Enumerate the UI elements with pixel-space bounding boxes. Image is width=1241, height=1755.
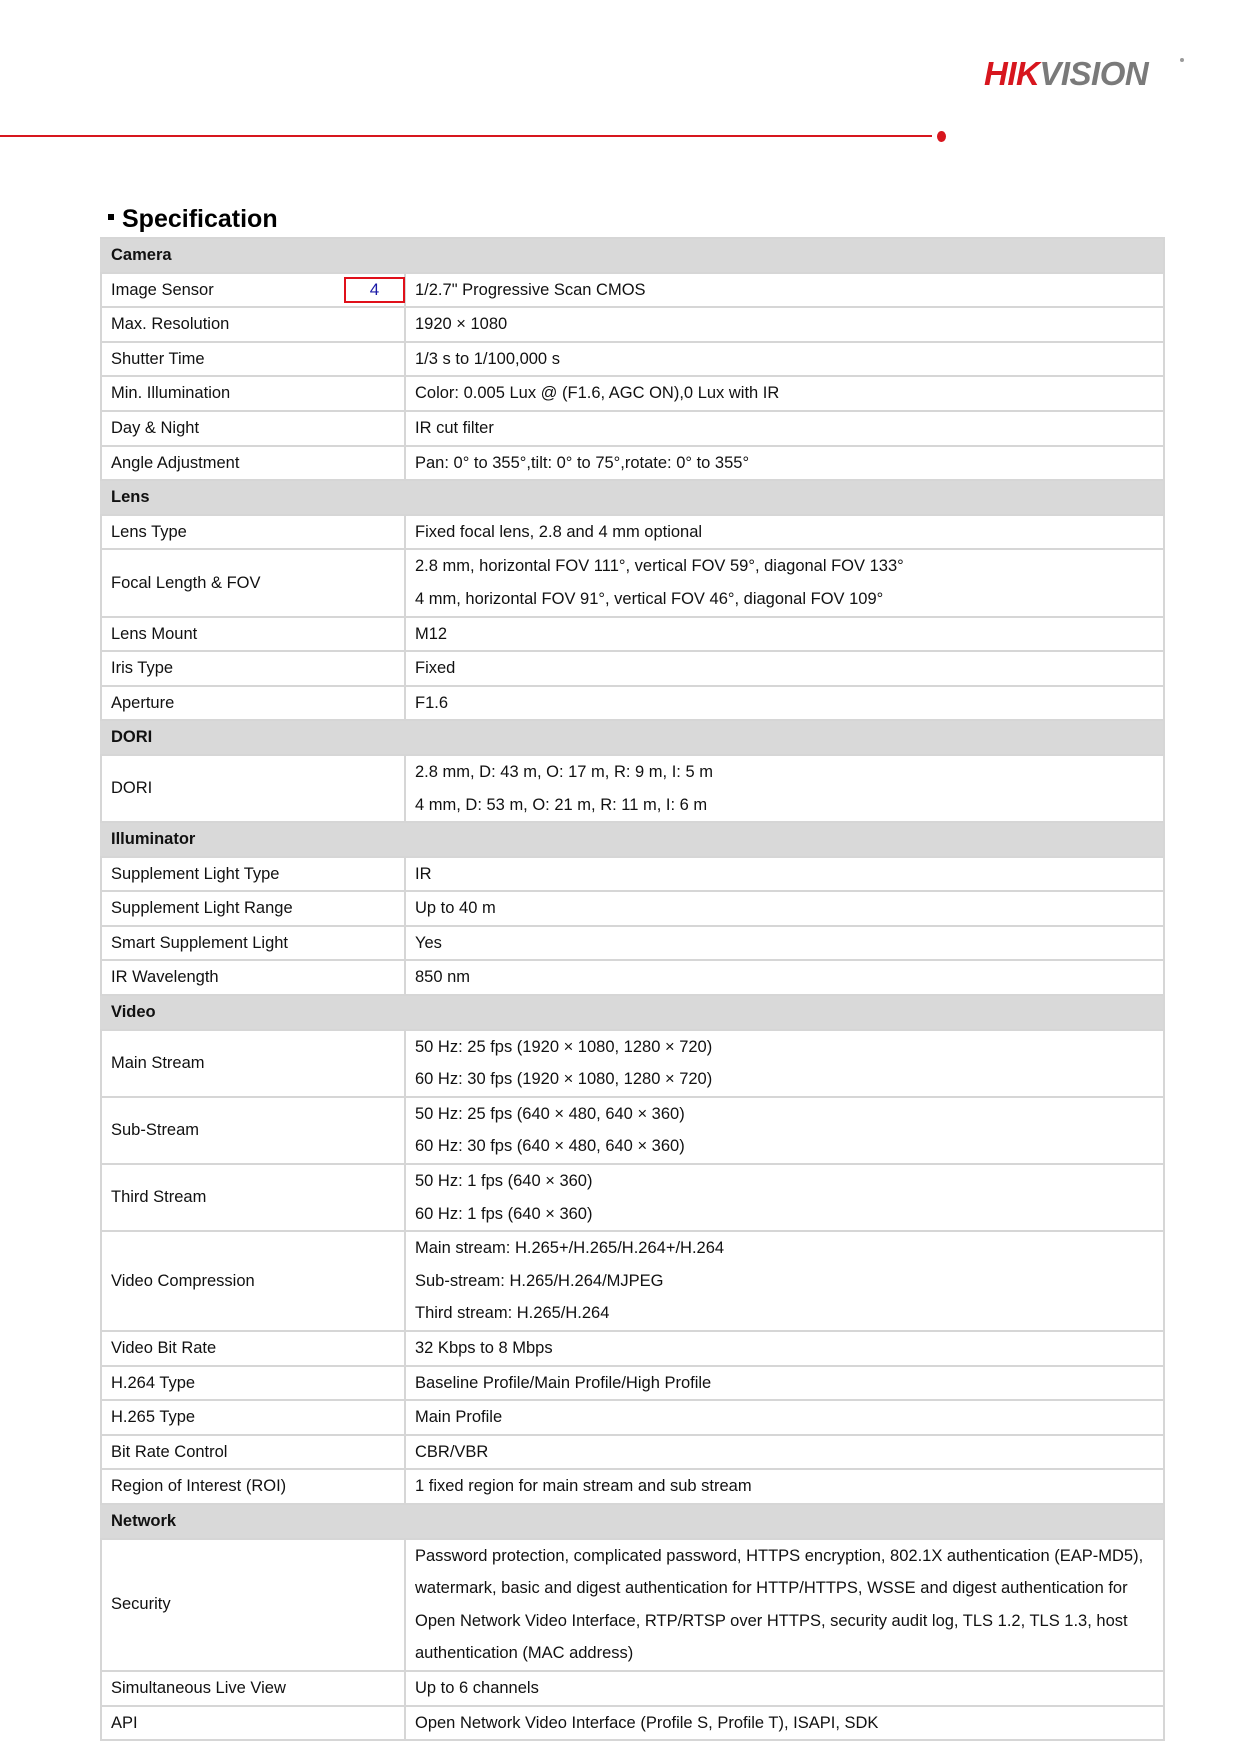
spec-value-cell: Fixed [405, 651, 1164, 686]
spec-label: Simultaneous Live View [111, 1679, 286, 1697]
spec-value: 60 Hz: 30 fps (640 × 480, 640 × 360) [415, 1130, 1163, 1163]
spec-value: 32 Kbps to 8 Mbps [415, 1332, 1163, 1365]
spec-value-cell: 50 Hz: 25 fps (640 × 480, 640 × 360)60 H… [405, 1097, 1164, 1164]
spec-label: Sub-Stream [111, 1121, 199, 1139]
spec-value-cell: 50 Hz: 1 fps (640 × 360)60 Hz: 1 fps (64… [405, 1164, 1164, 1231]
spec-label: Video Compression [111, 1272, 255, 1290]
section-header-row: Video [101, 995, 1164, 1030]
table-row: Smart Supplement LightYes [101, 926, 1164, 961]
spec-value: 60 Hz: 1 fps (640 × 360) [415, 1198, 1163, 1231]
spec-label-cell: Angle Adjustment [101, 446, 405, 481]
spec-label: Day & Night [111, 419, 199, 437]
table-row: Shutter Time1/3 s to 1/100,000 s [101, 342, 1164, 377]
table-row: Bit Rate ControlCBR/VBR [101, 1435, 1164, 1470]
spec-label: Shutter Time [111, 350, 205, 368]
spec-label-cell: Min. Illumination [101, 376, 405, 411]
spec-value-cell: Up to 6 channels [405, 1671, 1164, 1706]
spec-value-cell: Yes [405, 926, 1164, 961]
spec-label: Lens Type [111, 523, 187, 541]
specification-table: CameraImage Sensor41/2.7" Progressive Sc… [100, 237, 1165, 1741]
table-row: Image Sensor41/2.7" Progressive Scan CMO… [101, 273, 1164, 308]
spec-label-cell: Shutter Time [101, 342, 405, 377]
hikvision-logo: HIKVISION [984, 56, 1148, 92]
table-row: Min. IlluminationColor: 0.005 Lux @ (F1.… [101, 376, 1164, 411]
section-header: Video [101, 995, 1164, 1030]
spec-label-cell: Focal Length & FOV [101, 549, 405, 616]
spec-label-cell: Iris Type [101, 651, 405, 686]
spec-label-cell: IR Wavelength [101, 960, 405, 995]
spec-label-cell: Security [101, 1539, 405, 1671]
spec-value: Fixed [415, 652, 1163, 685]
spec-label-cell: H.264 Type [101, 1366, 405, 1401]
spec-value: Up to 6 channels [415, 1672, 1163, 1705]
spec-value-cell: Fixed focal lens, 2.8 and 4 mm optional [405, 515, 1164, 550]
section-header: Network [101, 1504, 1164, 1539]
spec-value-cell: 32 Kbps to 8 Mbps [405, 1331, 1164, 1366]
table-row: Lens MountM12 [101, 617, 1164, 652]
spec-value: 50 Hz: 1 fps (640 × 360) [415, 1165, 1163, 1198]
spec-value: Pan: 0° to 355°,tilt: 0° to 75°,rotate: … [415, 447, 1163, 480]
spec-label: Bit Rate Control [111, 1443, 227, 1461]
section-header-row: Lens [101, 480, 1164, 515]
spec-value: 60 Hz: 30 fps (1920 × 1080, 1280 × 720) [415, 1063, 1163, 1096]
spec-label-cell: Day & Night [101, 411, 405, 446]
spec-label: Security [111, 1595, 171, 1613]
table-row: Focal Length & FOV2.8 mm, horizontal FOV… [101, 549, 1164, 616]
spec-value: Color: 0.005 Lux @ (F1.6, AGC ON),0 Lux … [415, 377, 1163, 410]
header-divider-dot-icon [937, 131, 946, 142]
spec-value: Main stream: H.265+/H.265/H.264+/H.264 [415, 1232, 1163, 1265]
spec-label-cell: Region of Interest (ROI) [101, 1469, 405, 1504]
spec-value-cell: Baseline Profile/Main Profile/High Profi… [405, 1366, 1164, 1401]
table-row: Lens TypeFixed focal lens, 2.8 and 4 mm … [101, 515, 1164, 550]
logo-text-hik: HIK [984, 55, 1039, 92]
spec-value-cell: 2.8 mm, horizontal FOV 111°, vertical FO… [405, 549, 1164, 616]
section-header: DORI [101, 720, 1164, 755]
table-row: Region of Interest (ROI)1 fixed region f… [101, 1469, 1164, 1504]
spec-label: Supplement Light Type [111, 865, 279, 883]
table-row: Max. Resolution1920 × 1080 [101, 307, 1164, 342]
spec-label: Max. Resolution [111, 315, 229, 333]
spec-label-cell: Aperture [101, 686, 405, 721]
spec-label-cell: Smart Supplement Light [101, 926, 405, 961]
spec-value-cell: Main stream: H.265+/H.265/H.264+/H.264Su… [405, 1231, 1164, 1331]
spec-value: 1/2.7" Progressive Scan CMOS [415, 274, 1163, 307]
spec-value: Baseline Profile/Main Profile/High Profi… [415, 1367, 1163, 1400]
spec-label: H.265 Type [111, 1408, 195, 1426]
spec-value-cell: M12 [405, 617, 1164, 652]
section-header-row: DORI [101, 720, 1164, 755]
header-divider-line [0, 135, 932, 137]
spec-value: Open Network Video Interface (Profile S,… [415, 1707, 1163, 1740]
spec-label: DORI [111, 779, 152, 797]
spec-label: H.264 Type [111, 1374, 195, 1392]
spec-label: Iris Type [111, 659, 173, 677]
page-title: Specification [108, 202, 278, 236]
spec-value-cell: 1/2.7" Progressive Scan CMOS [405, 273, 1164, 308]
spec-label: Image Sensor [111, 281, 214, 299]
spec-label: Angle Adjustment [111, 454, 239, 472]
spec-label: Lens Mount [111, 625, 197, 643]
spec-value: 1920 × 1080 [415, 308, 1163, 341]
spec-value: Sub-stream: H.265/H.264/MJPEG [415, 1265, 1163, 1298]
spec-label-cell: Image Sensor4 [101, 273, 405, 308]
spec-value-cell: 1 fixed region for main stream and sub s… [405, 1469, 1164, 1504]
table-row: H.265 TypeMain Profile [101, 1400, 1164, 1435]
spec-value: Main Profile [415, 1401, 1163, 1434]
spec-value: 2.8 mm, D: 43 m, O: 17 m, R: 9 m, I: 5 m [415, 756, 1163, 789]
spec-label: Min. Illumination [111, 384, 230, 402]
spec-value: IR cut filter [415, 412, 1163, 445]
square-bullet-icon [108, 214, 114, 220]
spec-label: Aperture [111, 694, 174, 712]
spec-value-cell: Main Profile [405, 1400, 1164, 1435]
spec-label-cell: Video Compression [101, 1231, 405, 1331]
spec-label: IR Wavelength [111, 968, 219, 986]
spec-label-cell: API [101, 1706, 405, 1741]
spec-value: 50 Hz: 25 fps (640 × 480, 640 × 360) [415, 1098, 1163, 1131]
spec-value: F1.6 [415, 687, 1163, 720]
spec-value: 50 Hz: 25 fps (1920 × 1080, 1280 × 720) [415, 1031, 1163, 1064]
spec-label: Smart Supplement Light [111, 934, 288, 952]
spec-value-cell: 1/3 s to 1/100,000 s [405, 342, 1164, 377]
spec-value: 1 fixed region for main stream and sub s… [415, 1470, 1163, 1503]
spec-value-cell: Pan: 0° to 355°,tilt: 0° to 75°,rotate: … [405, 446, 1164, 481]
table-row: Day & NightIR cut filter [101, 411, 1164, 446]
table-row: Supplement Light RangeUp to 40 m [101, 891, 1164, 926]
table-row: Simultaneous Live ViewUp to 6 channels [101, 1671, 1164, 1706]
spec-label: Video Bit Rate [111, 1339, 216, 1357]
spec-label: Focal Length & FOV [111, 574, 261, 592]
section-header: Lens [101, 480, 1164, 515]
spec-value: 850 nm [415, 961, 1163, 994]
spec-value-cell: IR [405, 857, 1164, 892]
spec-value: Fixed focal lens, 2.8 and 4 mm optional [415, 516, 1163, 549]
table-row: H.264 TypeBaseline Profile/Main Profile/… [101, 1366, 1164, 1401]
spec-label-cell: Sub-Stream [101, 1097, 405, 1164]
spec-label-cell: Bit Rate Control [101, 1435, 405, 1470]
spec-label-cell: Lens Type [101, 515, 405, 550]
spec-label: Third Stream [111, 1188, 206, 1206]
spec-value: Password protection, complicated passwor… [415, 1540, 1163, 1670]
section-header: Illuminator [101, 822, 1164, 857]
spec-label-cell: Simultaneous Live View [101, 1671, 405, 1706]
spec-label: Supplement Light Range [111, 899, 293, 917]
spec-label-cell: Video Bit Rate [101, 1331, 405, 1366]
spec-label: Region of Interest (ROI) [111, 1477, 286, 1495]
spec-value: CBR/VBR [415, 1436, 1163, 1469]
spec-value-cell: 850 nm [405, 960, 1164, 995]
spec-label-cell: Supplement Light Range [101, 891, 405, 926]
spec-label-cell: DORI [101, 755, 405, 822]
table-row: Video Bit Rate32 Kbps to 8 Mbps [101, 1331, 1164, 1366]
section-header-row: Illuminator [101, 822, 1164, 857]
section-header: Camera [101, 238, 1164, 273]
table-row: SecurityPassword protection, complicated… [101, 1539, 1164, 1671]
table-row: Third Stream50 Hz: 1 fps (640 × 360)60 H… [101, 1164, 1164, 1231]
table-row: Video CompressionMain stream: H.265+/H.2… [101, 1231, 1164, 1331]
spec-value-cell: Open Network Video Interface (Profile S,… [405, 1706, 1164, 1741]
spec-value: Up to 40 m [415, 892, 1163, 925]
spec-value-cell: 50 Hz: 25 fps (1920 × 1080, 1280 × 720)6… [405, 1030, 1164, 1097]
spec-value: M12 [415, 618, 1163, 651]
table-row: Angle AdjustmentPan: 0° to 355°,tilt: 0°… [101, 446, 1164, 481]
section-header-row: Network [101, 1504, 1164, 1539]
table-row: Main Stream50 Hz: 25 fps (1920 × 1080, 1… [101, 1030, 1164, 1097]
spec-label-cell: H.265 Type [101, 1400, 405, 1435]
spec-value-cell: Up to 40 m [405, 891, 1164, 926]
spec-value-cell: 1920 × 1080 [405, 307, 1164, 342]
spec-value-cell: Password protection, complicated passwor… [405, 1539, 1164, 1671]
spec-label-cell: Max. Resolution [101, 307, 405, 342]
section-header-row: Camera [101, 238, 1164, 273]
table-row: ApertureF1.6 [101, 686, 1164, 721]
annotation-badge: 4 [344, 277, 405, 303]
spec-label-cell: Main Stream [101, 1030, 405, 1097]
spec-value-cell: IR cut filter [405, 411, 1164, 446]
registered-mark-icon [1180, 58, 1184, 62]
spec-label-cell: Third Stream [101, 1164, 405, 1231]
table-row: Iris TypeFixed [101, 651, 1164, 686]
spec-value: Third stream: H.265/H.264 [415, 1297, 1163, 1330]
spec-value: IR [415, 858, 1163, 891]
spec-value-cell: 2.8 mm, D: 43 m, O: 17 m, R: 9 m, I: 5 m… [405, 755, 1164, 822]
spec-value: 1/3 s to 1/100,000 s [415, 343, 1163, 376]
spec-value: 2.8 mm, horizontal FOV 111°, vertical FO… [415, 550, 1163, 583]
spec-label-cell: Lens Mount [101, 617, 405, 652]
spec-value: 4 mm, horizontal FOV 91°, vertical FOV 4… [415, 583, 1163, 616]
table-row: Supplement Light TypeIR [101, 857, 1164, 892]
spec-value: 4 mm, D: 53 m, O: 21 m, R: 11 m, I: 6 m [415, 789, 1163, 822]
table-row: Sub-Stream50 Hz: 25 fps (640 × 480, 640 … [101, 1097, 1164, 1164]
table-row: IR Wavelength850 nm [101, 960, 1164, 995]
table-row: APIOpen Network Video Interface (Profile… [101, 1706, 1164, 1741]
spec-value-cell: Color: 0.005 Lux @ (F1.6, AGC ON),0 Lux … [405, 376, 1164, 411]
spec-label: API [111, 1714, 138, 1732]
page-title-text: Specification [122, 205, 278, 233]
logo-text-vision: VISION [1039, 55, 1148, 92]
table-row: DORI2.8 mm, D: 43 m, O: 17 m, R: 9 m, I:… [101, 755, 1164, 822]
spec-label-cell: Supplement Light Type [101, 857, 405, 892]
spec-label: Main Stream [111, 1054, 205, 1072]
spec-value-cell: CBR/VBR [405, 1435, 1164, 1470]
spec-value-cell: F1.6 [405, 686, 1164, 721]
spec-value: Yes [415, 927, 1163, 960]
